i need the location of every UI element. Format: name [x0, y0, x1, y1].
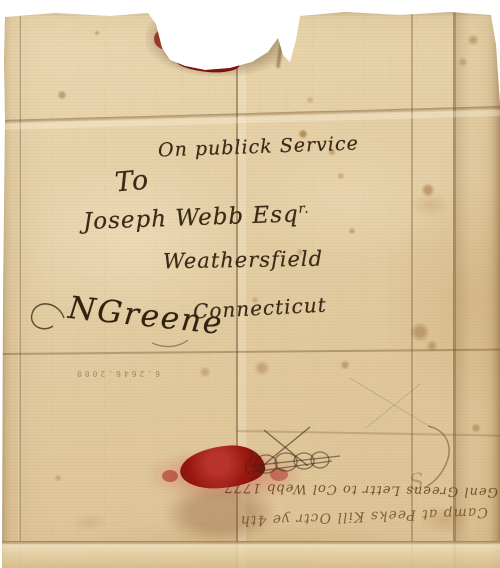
- faint-scratch-lines: [350, 378, 432, 428]
- fold-line-top: [0, 106, 500, 123]
- wax-fleck-right: [270, 468, 288, 481]
- wax-fleck-left: [162, 470, 178, 482]
- fold-line-left: [18, 0, 21, 568]
- torn-top-edge: [0, 0, 500, 22]
- seal-tear-shadow: [146, 6, 294, 76]
- scanned-letter-cover: S On publick Service To Joseph Webb Esqr…: [0, 0, 500, 568]
- wax-seal-top: [162, 9, 267, 69]
- endorsement-line: On publick Service: [158, 133, 359, 162]
- catalog-number-stamp: 6.2646.2000: [74, 369, 160, 378]
- top-seal-group: [146, 6, 294, 76]
- frank-signature: NGreene: [67, 290, 226, 342]
- addressee-line: Joseph Webb Esqr.: [83, 201, 310, 235]
- town-line: Weathersfield: [163, 247, 324, 274]
- wax-seal-top-lobe-small: [154, 28, 180, 50]
- addressee-suffix: r.: [298, 201, 309, 216]
- fold-highlight-top: [0, 110, 500, 130]
- fold-line-lower-partial: [237, 430, 500, 437]
- curved-mark: [424, 426, 449, 488]
- fold-line-middle: [0, 349, 500, 355]
- salutation-line: To: [114, 165, 151, 199]
- addressee-name: Joseph Webb Esq: [83, 201, 300, 235]
- letter-paper: S On publick Service To Joseph Webb Esqr…: [0, 0, 500, 568]
